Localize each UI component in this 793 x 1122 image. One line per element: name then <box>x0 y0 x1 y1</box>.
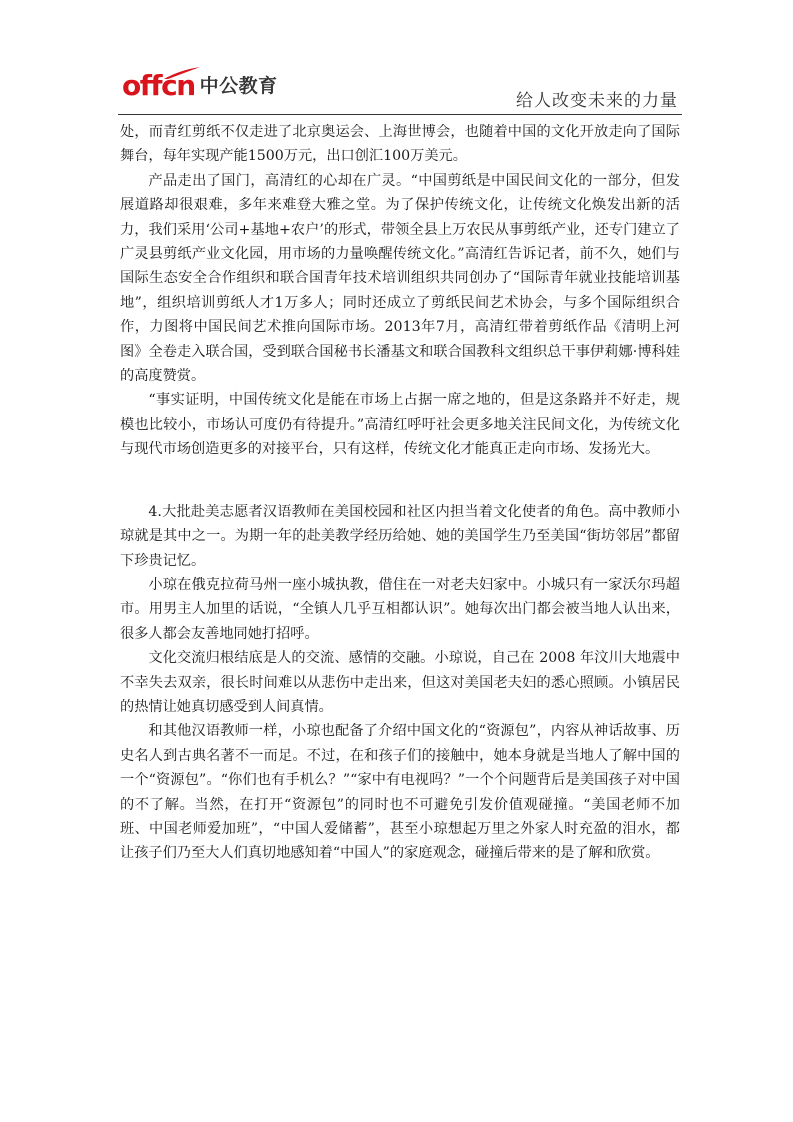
section-gap <box>120 462 680 500</box>
page-header: offcn 中公教育 给人改变未来的力量 <box>118 62 682 115</box>
paragraph: 文化交流归根结底是人的交流、感情的交融。小琼说，自己在 2008 年汶川大地震中… <box>120 646 680 719</box>
logo-wordmark: offcn <box>122 72 195 100</box>
paragraph: 小琼在俄克拉荷马州一座小城执教，借住在一对老夫妇家中。小城只有一家沃尔玛超市。用… <box>120 573 680 646</box>
paragraph: “事实证明，中国传统文化是能在市场上占据一席之地的，但是这条路并不好走，规模也比… <box>120 388 680 461</box>
document-body: 处，而青红剪纸不仅走进了北京奥运会、上海世博会，也随着中国的文化开放走向了国际舞… <box>120 120 680 866</box>
paragraph: 处，而青红剪纸不仅走进了北京奥运会、上海世博会，也随着中国的文化开放走向了国际舞… <box>120 120 680 169</box>
offcn-logo: offcn 中公教育 <box>122 68 278 100</box>
logo-cn-text: 中公教育 <box>200 71 278 98</box>
header-slogan: 给人改变未来的力量 <box>516 86 678 111</box>
section-4-paragraph: 4.大批赴美志愿者汉语教师在美国校园和社区内担当着文化使者的角色。高中教师小琼就… <box>120 500 680 573</box>
paragraph: 产品走出了国门，高清红的心却在广灵。“中国剪纸是中国民间文化的一部分，但发展道路… <box>120 169 680 389</box>
paragraph: 和其他汉语教师一样，小琼也配备了介绍中国文化的“资源包”，内容从神话故事、历史名… <box>120 719 680 865</box>
logo-swoosh-icon <box>162 66 202 80</box>
